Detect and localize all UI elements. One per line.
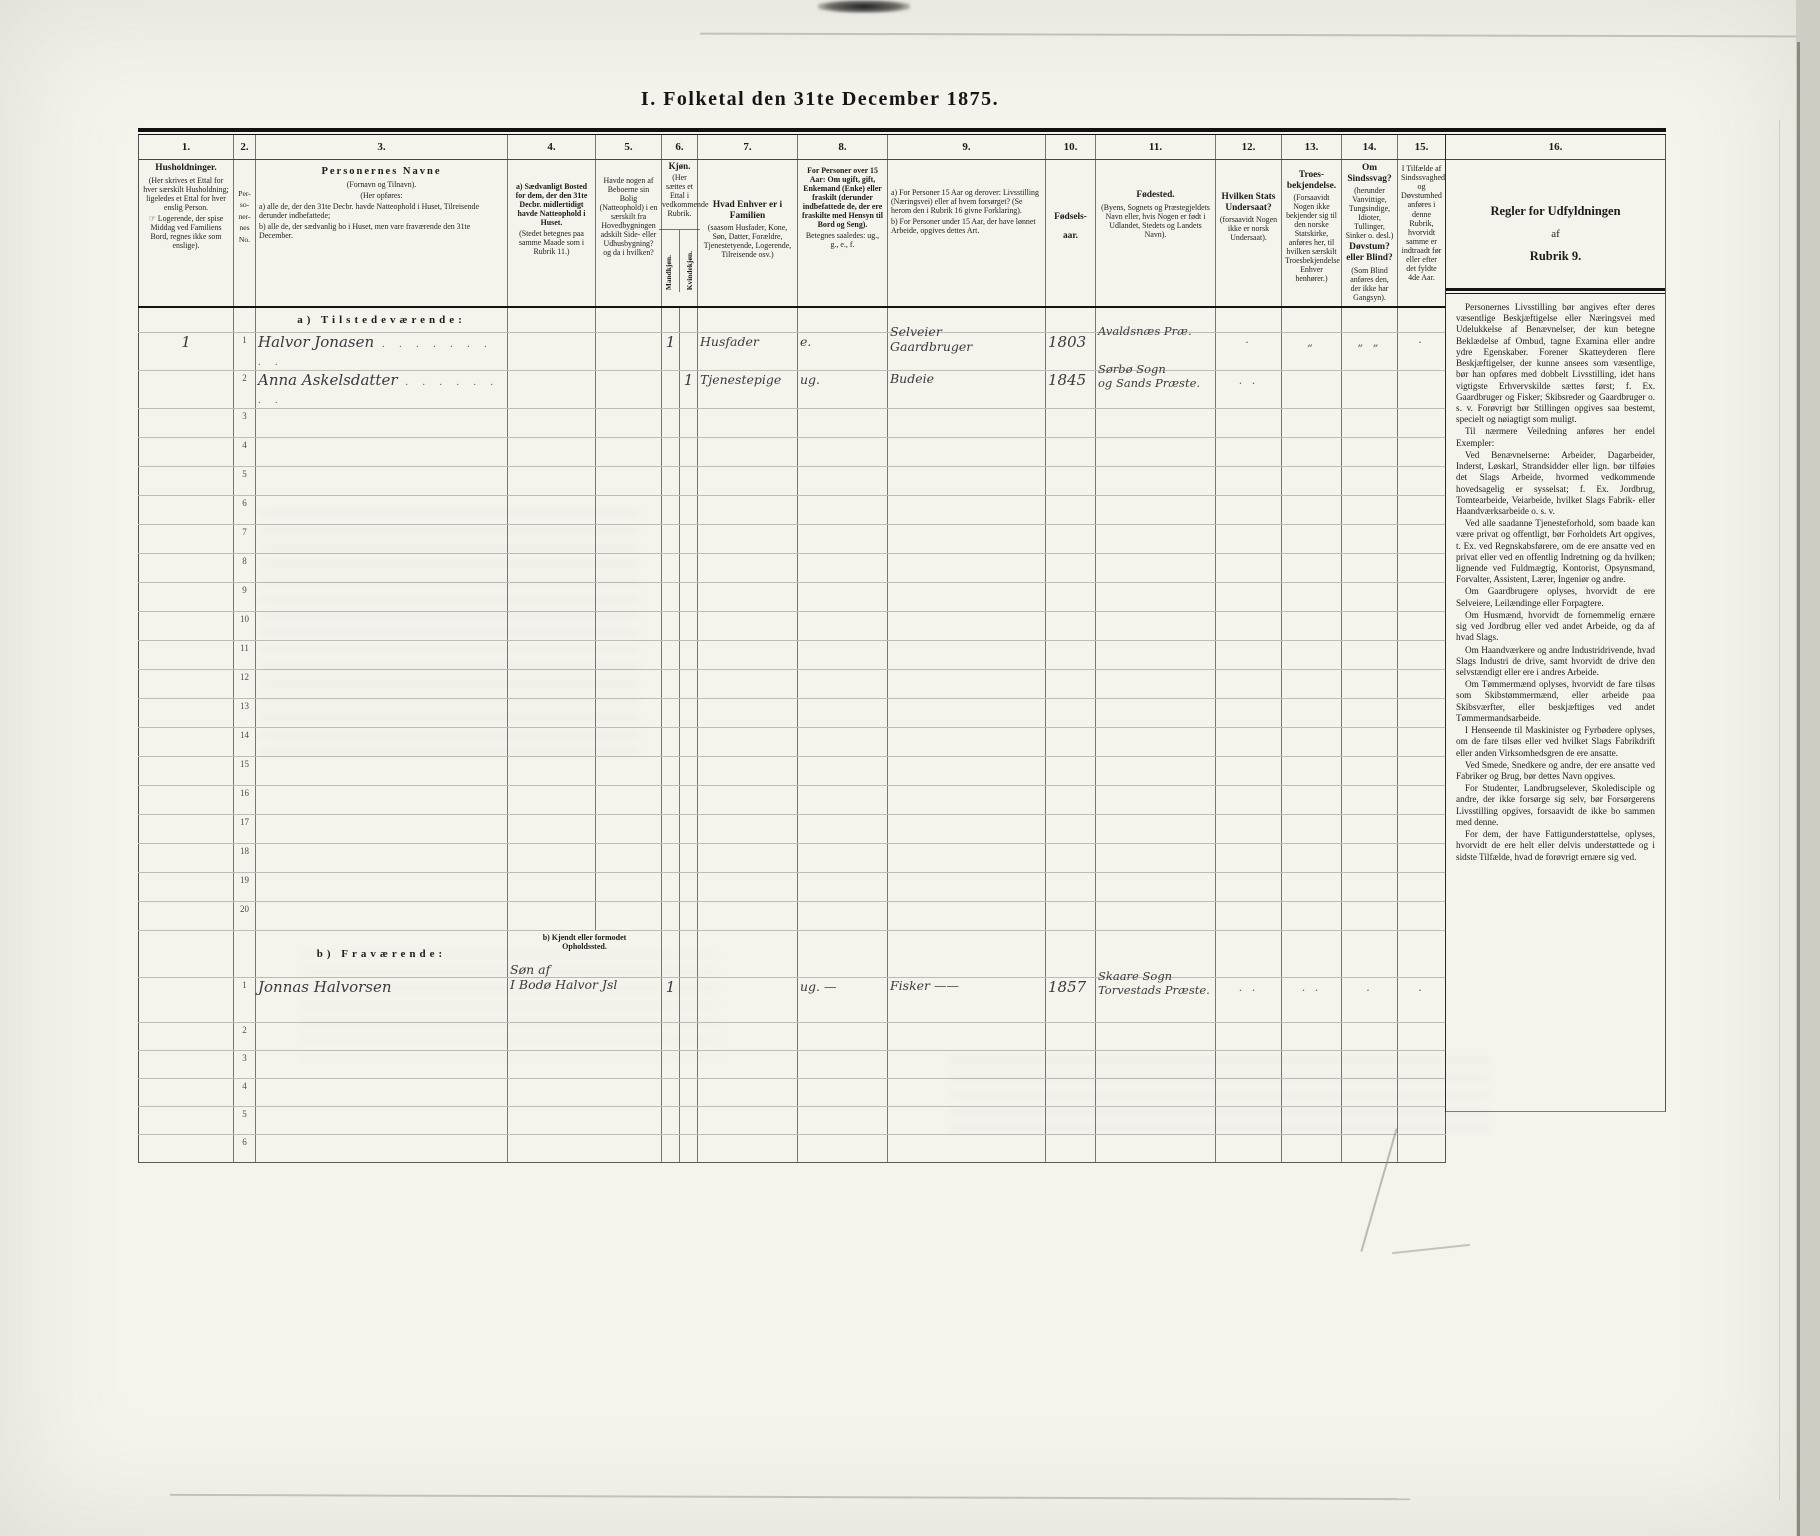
female-label: Kvindekjøn. bbox=[686, 251, 694, 290]
cell-ditto bbox=[1216, 495, 1282, 524]
cell-ditto bbox=[1282, 640, 1342, 669]
cell-usual-residence bbox=[508, 495, 596, 524]
header-title: Om Sindssvag? bbox=[1345, 163, 1394, 184]
cell-name bbox=[256, 466, 508, 495]
cell-birthplace bbox=[1096, 466, 1216, 495]
cell-household bbox=[139, 756, 234, 785]
cell-person-no: 16 bbox=[234, 785, 256, 814]
cell-name bbox=[256, 1106, 508, 1134]
cell-male-mark bbox=[662, 524, 680, 553]
cell-ditto bbox=[1282, 1106, 1342, 1134]
cell-ditto bbox=[1398, 466, 1446, 495]
cell-birth-year bbox=[1046, 495, 1096, 524]
cell-male-mark bbox=[662, 1078, 680, 1106]
cell-name bbox=[256, 640, 508, 669]
cell-occupation: SelveierGaardbruger bbox=[888, 332, 1046, 370]
cell-female-mark bbox=[680, 669, 698, 698]
header-title: Personernes Navne bbox=[259, 166, 504, 178]
empty-cell bbox=[139, 930, 234, 977]
cell-person-no: 1 bbox=[234, 977, 256, 1022]
rules-paragraph: Ved alle saadanne Tjenesteforhold, som b… bbox=[1456, 518, 1655, 585]
header-title: Husholdninger. bbox=[142, 163, 230, 174]
cell-marital-status bbox=[798, 611, 888, 640]
cell-birthplace bbox=[1096, 669, 1216, 698]
cell-male-mark bbox=[662, 640, 680, 669]
cell-ditto bbox=[1342, 611, 1398, 640]
cell-name bbox=[256, 1022, 508, 1050]
cell-person-no: 2 bbox=[234, 370, 256, 408]
census-table: 1. 2. 3. 4. 5. 6. 7. 8. 9. 10. 11. 12. 1… bbox=[138, 128, 1668, 1163]
column-header-outbuilding: Havde nogen af Beboerne sin Bolig (Natte… bbox=[596, 160, 662, 307]
cell-family-position bbox=[698, 524, 798, 553]
cell-ditto bbox=[1282, 437, 1342, 466]
cell-occupation bbox=[888, 756, 1046, 785]
column-number: 6. bbox=[662, 135, 698, 160]
cell-male-mark bbox=[662, 408, 680, 437]
cell-outbuilding bbox=[596, 408, 662, 437]
cell-birthplace bbox=[1096, 727, 1216, 756]
cell-ditto bbox=[1282, 611, 1342, 640]
cell-occupation bbox=[888, 901, 1046, 930]
empty-cell bbox=[596, 307, 662, 333]
cell-family-position bbox=[698, 669, 798, 698]
cell-female-mark bbox=[680, 408, 698, 437]
cell-ditto bbox=[1282, 872, 1342, 901]
header-line1: Fødsels- bbox=[1049, 212, 1092, 223]
table-row: 6 bbox=[139, 1134, 1446, 1162]
cell-ditto bbox=[1216, 1022, 1282, 1050]
cell-occupation bbox=[888, 437, 1046, 466]
cell-name bbox=[256, 582, 508, 611]
column-number: 16. bbox=[1446, 135, 1665, 160]
cell-male-mark bbox=[662, 1050, 680, 1078]
cell-outbuilding bbox=[596, 611, 662, 640]
cell-ditto: . bbox=[1342, 977, 1398, 1022]
cell-family-position bbox=[698, 901, 798, 930]
cell-ditto bbox=[1342, 901, 1398, 930]
header-note: (Her opføres: bbox=[259, 191, 504, 200]
cell-person-no: 4 bbox=[234, 1078, 256, 1106]
cell-marital-status bbox=[798, 872, 888, 901]
cell-female-mark bbox=[680, 1022, 698, 1050]
rules-subject: Rubrik 9. bbox=[1446, 249, 1665, 264]
cell-name bbox=[256, 524, 508, 553]
cell-name bbox=[256, 901, 508, 930]
cell-female-mark bbox=[680, 640, 698, 669]
cell-ditto bbox=[1398, 756, 1446, 785]
cell-household bbox=[139, 437, 234, 466]
cell-outbuilding bbox=[596, 756, 662, 785]
cell-marital-status bbox=[798, 727, 888, 756]
cell-ditto bbox=[1398, 553, 1446, 582]
column-header-usual-residence: a) Sædvanligt Bosted for dem, der den 31… bbox=[508, 160, 596, 307]
cell-ditto bbox=[1216, 785, 1282, 814]
cell-usual-residence bbox=[508, 901, 596, 930]
cell-family-position bbox=[698, 698, 798, 727]
ditto-mark: · bbox=[1418, 336, 1425, 349]
birthplace-line2: og Sands Præste. bbox=[1098, 376, 1213, 390]
cell-occupation bbox=[888, 582, 1046, 611]
cell-household bbox=[139, 814, 234, 843]
cell-person-no: 9 bbox=[234, 582, 256, 611]
header-item-b: b) alle de, der sædvanlig bo i Huset, me… bbox=[259, 222, 504, 240]
cell-occupation bbox=[888, 698, 1046, 727]
cell-name bbox=[256, 553, 508, 582]
cell-birth-year: 1803 bbox=[1046, 332, 1096, 370]
table-row: 11 bbox=[139, 640, 1446, 669]
cell-marital-status bbox=[798, 582, 888, 611]
cell-marital-status bbox=[798, 495, 888, 524]
cell-ditto bbox=[1216, 466, 1282, 495]
male-mark: 1 bbox=[666, 978, 676, 996]
column-header-onset: I Tilfælde af Sindssvaghed og Døvstumhed… bbox=[1398, 160, 1446, 307]
cell-person-no: 17 bbox=[234, 814, 256, 843]
empty-cell bbox=[139, 307, 234, 333]
person-number: 20 bbox=[236, 902, 253, 914]
cell-ditto: · bbox=[1216, 332, 1282, 370]
cell-person-no: 19 bbox=[234, 872, 256, 901]
cell-person-no: 3 bbox=[234, 1050, 256, 1078]
cell-ditto bbox=[1282, 698, 1342, 727]
cell-birth-year bbox=[1046, 1106, 1096, 1134]
cell-female-mark bbox=[680, 466, 698, 495]
cell-male-mark bbox=[662, 370, 680, 408]
rules-separator bbox=[1446, 288, 1665, 294]
column-header-marital-status: For Personer over 15 Aar: Om ugift, gift… bbox=[798, 160, 888, 307]
cell-birthplace bbox=[1096, 408, 1216, 437]
cell-birthplace bbox=[1096, 1134, 1216, 1162]
cell-ditto bbox=[1342, 408, 1398, 437]
cell-ditto bbox=[1282, 370, 1342, 408]
cell-outbuilding bbox=[596, 843, 662, 872]
cell-person-no: 7 bbox=[234, 524, 256, 553]
cell-family-position bbox=[698, 814, 798, 843]
cell-male-mark bbox=[662, 843, 680, 872]
cell-female-mark bbox=[680, 524, 698, 553]
rules-paragraph: Om Tømmermænd oplyses, hvorvidt de fare … bbox=[1456, 679, 1655, 724]
cell-ditto bbox=[1282, 843, 1342, 872]
cell-person-no: 6 bbox=[234, 495, 256, 524]
empty-cell bbox=[1342, 930, 1398, 977]
family-position: Husfader bbox=[700, 334, 759, 349]
cell-marital-status: ug. bbox=[798, 370, 888, 408]
cell-outbuilding bbox=[596, 466, 662, 495]
section-absent-row: b) Fraværende: b) Kjendt eller formodet … bbox=[139, 930, 1446, 977]
column-header-creed: Troes- bekjendelse. (Forsaavidt Nogen ik… bbox=[1282, 160, 1342, 307]
person-name: Anna Askelsdatter bbox=[258, 371, 398, 389]
cell-marital-status: ug. — bbox=[798, 977, 888, 1022]
cell-birth-year bbox=[1046, 814, 1096, 843]
cell-household bbox=[139, 698, 234, 727]
cell-ditto bbox=[1342, 727, 1398, 756]
cell-ditto bbox=[1342, 553, 1398, 582]
cell-female-mark bbox=[680, 611, 698, 640]
cell-occupation bbox=[888, 814, 1046, 843]
cell-birth-year bbox=[1046, 611, 1096, 640]
cell-ditto: . bbox=[1398, 977, 1446, 1022]
cell-family-position bbox=[698, 611, 798, 640]
cell-outbuilding bbox=[596, 669, 662, 698]
cell-person-no: 5 bbox=[234, 1106, 256, 1134]
person-number: 2 bbox=[236, 371, 253, 383]
cell-marital-status bbox=[798, 553, 888, 582]
header-title: For Personer over 15 Aar: Om ugift, gift… bbox=[801, 166, 884, 229]
cell-whereabouts: Søn afI Bodø Halvor Jsl bbox=[508, 977, 662, 1022]
table-row: 4 bbox=[139, 1078, 1446, 1106]
cell-ditto bbox=[1216, 553, 1282, 582]
table-row: 5 bbox=[139, 466, 1446, 495]
table-row: 6 bbox=[139, 495, 1446, 524]
cell-family-position bbox=[698, 756, 798, 785]
empty-cell bbox=[1398, 307, 1446, 333]
section-present-row: a) Tilstedeværende: bbox=[139, 307, 1446, 333]
cell-ditto: . . bbox=[1216, 977, 1282, 1022]
cell-ditto bbox=[1398, 524, 1446, 553]
cell-occupation bbox=[888, 408, 1046, 437]
cell-person-no: 3 bbox=[234, 408, 256, 437]
occupation: Gaardbruger bbox=[890, 339, 1043, 354]
cell-name bbox=[256, 1134, 508, 1162]
cell-household bbox=[139, 727, 234, 756]
cell-usual-residence bbox=[508, 437, 596, 466]
cell-ditto bbox=[1342, 756, 1398, 785]
cell-female-mark bbox=[680, 582, 698, 611]
cell-family-position bbox=[698, 1134, 798, 1162]
cell-ditto bbox=[1282, 582, 1342, 611]
empty-cell bbox=[234, 930, 256, 977]
cell-marital-status: e. bbox=[798, 332, 888, 370]
cell-ditto bbox=[1216, 901, 1282, 930]
cell-ditto bbox=[1216, 843, 1282, 872]
cell-ditto bbox=[1342, 872, 1398, 901]
person-name: Halvor Jonasen bbox=[258, 333, 374, 351]
table-row: 8 bbox=[139, 553, 1446, 582]
cell-usual-residence bbox=[508, 814, 596, 843]
rules-paragraph: Om Gaardbrugere oplyses, hvorvidt de ere… bbox=[1456, 586, 1655, 608]
cell-ditto bbox=[1282, 756, 1342, 785]
cell-occupation bbox=[888, 785, 1046, 814]
cell-ditto bbox=[1282, 1022, 1342, 1050]
header-item-a: a) For Personer 15 Aar og derover: Livss… bbox=[891, 188, 1042, 215]
column-header-birth-year: Fødsels- aar. bbox=[1046, 160, 1096, 307]
birthplace-line2: Torvestads Præste. bbox=[1098, 983, 1213, 997]
cell-household bbox=[139, 640, 234, 669]
cell-male-mark bbox=[662, 698, 680, 727]
column-number: 13. bbox=[1282, 135, 1342, 160]
empty-cell bbox=[662, 930, 680, 977]
cell-male-mark bbox=[662, 437, 680, 466]
cell-birth-year bbox=[1046, 843, 1096, 872]
cell-birth-year bbox=[1046, 408, 1096, 437]
cell-ditto bbox=[1216, 408, 1282, 437]
cell-name bbox=[256, 872, 508, 901]
cell-female-mark bbox=[680, 901, 698, 930]
cell-ditto bbox=[1216, 640, 1282, 669]
table-row: 9 bbox=[139, 582, 1446, 611]
empty-cell bbox=[234, 307, 256, 333]
cell-outbuilding bbox=[596, 582, 662, 611]
cell-occupation bbox=[888, 843, 1046, 872]
person-number: 18 bbox=[236, 844, 253, 856]
cell-whereabouts bbox=[508, 1106, 662, 1134]
cell-ditto bbox=[1216, 698, 1282, 727]
household-number: 1 bbox=[181, 333, 191, 351]
column-number: 11. bbox=[1096, 135, 1216, 160]
cell-birth-year: 1845 bbox=[1046, 370, 1096, 408]
cell-female-mark bbox=[680, 843, 698, 872]
cell-birthplace bbox=[1096, 611, 1216, 640]
column-number: 3. bbox=[256, 135, 508, 160]
header-sex-subcolumns: Mandkjøn. Kvindekjøn. bbox=[659, 229, 700, 292]
cell-outbuilding bbox=[596, 524, 662, 553]
header-item-b: b) For Personer under 15 Aar, der have l… bbox=[891, 217, 1042, 235]
cell-occupation bbox=[888, 611, 1046, 640]
cell-ditto bbox=[1398, 669, 1446, 698]
cell-ditto bbox=[1342, 785, 1398, 814]
table-row: 20 bbox=[139, 901, 1446, 930]
column-number: 12. bbox=[1216, 135, 1282, 160]
person-number: 2 bbox=[236, 1023, 253, 1035]
cell-family-position bbox=[698, 1078, 798, 1106]
cell-birth-year bbox=[1046, 669, 1096, 698]
column-header-disabilities: Om Sindssvag? (herunder Vanvittige, Tung… bbox=[1342, 160, 1398, 307]
cell-male-mark: 1 bbox=[662, 977, 680, 1022]
rows-absent-body: 1Jonnas HalvorsenSøn afI Bodø Halvor Jsl… bbox=[139, 977, 1446, 1162]
cell-outbuilding bbox=[596, 370, 662, 408]
occupation: Fisker —— bbox=[890, 978, 1043, 993]
cell-ditto bbox=[1282, 669, 1342, 698]
person-number: 10 bbox=[236, 612, 253, 624]
cell-ditto bbox=[1398, 495, 1446, 524]
cell-household bbox=[139, 1050, 234, 1078]
section-absent-label: b) Fraværende: bbox=[256, 930, 508, 977]
table-row: 3 bbox=[139, 1050, 1446, 1078]
header-note2: (Som Blind anføres den, der ikke har Gan… bbox=[1345, 266, 1394, 302]
table-row: 15 bbox=[139, 756, 1446, 785]
header-note: (Byens, Sognets og Præstegjeldets Navn e… bbox=[1099, 203, 1212, 239]
cell-ditto bbox=[1216, 582, 1282, 611]
person-number: 8 bbox=[236, 554, 253, 566]
cell-occupation bbox=[888, 1078, 1046, 1106]
cell-usual-residence bbox=[508, 524, 596, 553]
cell-female-mark: 1 bbox=[680, 370, 698, 408]
cell-female-mark bbox=[680, 332, 698, 370]
column-header-citizenship: Hvilken Stats Undersaat? (forsaavidt Nog… bbox=[1216, 160, 1282, 307]
page-edge bbox=[1797, 42, 1800, 1536]
ditto-mark: · bbox=[1245, 336, 1252, 349]
cell-male-mark bbox=[662, 495, 680, 524]
cell-household bbox=[139, 553, 234, 582]
cell-ditto bbox=[1282, 1134, 1342, 1162]
header-title: Hvilken Stats Undersaat? bbox=[1219, 192, 1278, 213]
cell-ditto bbox=[1342, 843, 1398, 872]
cell-whereabouts bbox=[508, 1022, 662, 1050]
cell-family-position bbox=[698, 843, 798, 872]
cell-family-position bbox=[698, 785, 798, 814]
rules-paragraph: Om Husmænd, hvorvidt de fornemmelig ernæ… bbox=[1456, 610, 1655, 644]
cell-ditto bbox=[1398, 698, 1446, 727]
cell-ditto bbox=[1282, 553, 1342, 582]
cell-birth-year bbox=[1046, 872, 1096, 901]
cell-family-position bbox=[698, 1050, 798, 1078]
birth-year: 1857 bbox=[1048, 978, 1086, 996]
cell-name bbox=[256, 611, 508, 640]
cell-ditto bbox=[1342, 640, 1398, 669]
cell-household bbox=[139, 466, 234, 495]
person-number: 4 bbox=[236, 438, 253, 450]
cell-person-no: 13 bbox=[234, 698, 256, 727]
cell-ditto bbox=[1398, 843, 1446, 872]
header-title: Hvad Enhver er i Familien bbox=[701, 200, 794, 221]
cell-male-mark bbox=[662, 611, 680, 640]
cell-person-no: 4 bbox=[234, 437, 256, 466]
cell-male-mark bbox=[662, 872, 680, 901]
cell-name bbox=[256, 756, 508, 785]
cell-ditto bbox=[1216, 1106, 1282, 1134]
cell-usual-residence bbox=[508, 698, 596, 727]
cell-family-position bbox=[698, 437, 798, 466]
table-row: 10 bbox=[139, 611, 1446, 640]
cell-ditto bbox=[1342, 1022, 1398, 1050]
cell-ditto bbox=[1216, 524, 1282, 553]
header-note: (herunder Vanvittige, Tungsindige, Idiot… bbox=[1345, 186, 1394, 240]
cell-family-position bbox=[698, 1106, 798, 1134]
person-number: 14 bbox=[236, 728, 253, 740]
cell-household bbox=[139, 1022, 234, 1050]
cell-ditto bbox=[1282, 495, 1342, 524]
empty-cell bbox=[1216, 307, 1282, 333]
table-row: 3 bbox=[139, 408, 1446, 437]
family-position: Tjenestepige bbox=[700, 372, 781, 387]
cell-birth-year bbox=[1046, 756, 1096, 785]
cell-occupation bbox=[888, 872, 1046, 901]
cell-birth-year bbox=[1046, 1078, 1096, 1106]
rules-connector: af bbox=[1446, 228, 1665, 240]
cell-person-no: 12 bbox=[234, 669, 256, 698]
cell-person-no: 8 bbox=[234, 553, 256, 582]
rules-paragraph: Ved Benævnelserne: Arbeider, Dagarbeider… bbox=[1456, 450, 1655, 517]
male-label: Mandkjøn. bbox=[665, 255, 673, 290]
cell-ditto bbox=[1216, 1134, 1282, 1162]
cell-female-mark bbox=[680, 1050, 698, 1078]
empty-cell bbox=[888, 930, 1046, 977]
person-number: 6 bbox=[236, 496, 253, 508]
person-number: 4 bbox=[236, 1079, 253, 1091]
empty-cell bbox=[1282, 307, 1342, 333]
table-row: 12 bbox=[139, 669, 1446, 698]
cell-occupation bbox=[888, 1022, 1046, 1050]
cell-birth-year bbox=[1046, 553, 1096, 582]
column-header-person-no: Per- so- ner- nes No. bbox=[234, 160, 256, 307]
column-number: 9. bbox=[888, 135, 1046, 160]
table-row: 13 bbox=[139, 698, 1446, 727]
ditto-mark: . . bbox=[1302, 981, 1322, 994]
cell-usual-residence bbox=[508, 669, 596, 698]
table-row: 4 bbox=[139, 437, 1446, 466]
cell-male-mark bbox=[662, 582, 680, 611]
birth-year: 1803 bbox=[1048, 333, 1086, 351]
person-number: 9 bbox=[236, 583, 253, 595]
cell-birthplace bbox=[1096, 1078, 1216, 1106]
cell-male-mark bbox=[662, 727, 680, 756]
occupation-line1: Selveier bbox=[890, 324, 1043, 339]
rules-title: Regler for Udfyldningen bbox=[1446, 204, 1665, 219]
rules-paragraph: Ved Smede, Snedkere og andre, der ere an… bbox=[1456, 760, 1655, 782]
cell-usual-residence bbox=[508, 553, 596, 582]
column-number: 2. bbox=[234, 135, 256, 160]
cell-person-no: 1 bbox=[234, 332, 256, 370]
rules-paragraph: Personernes Livsstilling bør angives eft… bbox=[1456, 302, 1655, 425]
